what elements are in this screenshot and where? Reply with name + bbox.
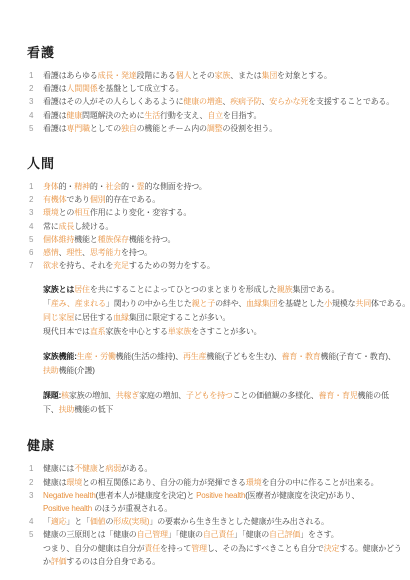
text-run: を持ち、それを <box>59 261 114 270</box>
highlighted-term: 精神 <box>74 182 90 191</box>
text-run: つまり、自分の健康は自分が <box>43 544 144 553</box>
item-text: 看護は人間関係を基盤として成立する。 <box>43 82 388 95</box>
text-run: 」関わりの中から生じた <box>106 299 192 308</box>
item-text: 個体維持機能と種族保存機能を持つ。 <box>43 233 388 246</box>
family-functions: 家族機能:生産・労働機能(生活の維持)、再生産機能(子どもを生む)、養育・教育機… <box>43 350 388 378</box>
text-line: 同じ家屋に居住する血縁集団に限定することが多い。 <box>43 311 388 325</box>
document-body: 看護1看護はあらゆる成長・発達段階にある個人とその家族、または集団を対象とする。… <box>0 0 410 568</box>
list-item: 5個体維持機能と種族保存機能を持つ。 <box>27 233 388 246</box>
human-list: 1身体的・精神的・社会的・霊的な側面を持つ。2有機体であり個別的存在である。3環… <box>27 180 388 272</box>
text-run: 看護はその人がその人らしくあるように <box>43 97 183 106</box>
highlighted-term: Negative health <box>43 491 96 500</box>
highlighted-term: 生産・労働 <box>77 352 116 361</box>
list-item: 3環境との相互作用により変化・変容する。 <box>27 206 388 219</box>
text-run: 機能と <box>74 235 97 244</box>
list-item: 1健康には不健康と病弱がある。 <box>27 462 388 475</box>
list-item: 4常に成長し続ける。 <box>27 220 388 233</box>
highlighted-term: 自己管理 <box>137 530 168 539</box>
text-run: を持って <box>160 544 191 553</box>
highlighted-term: 環境 <box>246 478 262 487</box>
text-run: に居住する <box>74 313 113 322</box>
bold-label: 家族とは <box>43 285 74 294</box>
item-number: 3 <box>27 206 43 219</box>
highlighted-term: 個体維持 <box>43 235 74 244</box>
highlighted-term: 専門職 <box>66 124 89 133</box>
item-number: 3 <box>27 489 43 502</box>
list-item: 7欲求を持ち、それを充足するための努力をする。 <box>27 259 388 272</box>
text-run: ことの価値観の多様化、 <box>233 391 319 400</box>
item-text: 「適応」と「価値の形成(実現)」の要素から生き生きとした健康が生み出される。 <box>43 515 388 528</box>
text-run: 段階にある <box>137 71 176 80</box>
text-run: 機能(生活の維持)、 <box>116 352 183 361</box>
text-run: 集団に限定することが多い。 <box>129 313 230 322</box>
text-run: 健康には <box>43 464 74 473</box>
item-number: 4 <box>27 220 43 233</box>
text-run: の絆や、 <box>215 299 246 308</box>
highlighted-term: 直系 <box>90 327 106 336</box>
text-run: 機能(子どもを生む)、 <box>206 352 281 361</box>
item-number: 1 <box>27 462 43 475</box>
text-run: としての <box>90 124 121 133</box>
item-number: 7 <box>27 259 43 272</box>
list-item: 2看護は人間関係を基盤として成立する。 <box>27 82 388 95</box>
highlighted-term: 扶助 <box>59 405 75 414</box>
text-line: 「産み、産まれる」関わりの中から生じた親と子の絆や、血縁集団を基礎とした小規模な… <box>43 297 388 311</box>
text-run: 」をさす。 <box>300 530 338 539</box>
highlighted-term: 核 <box>61 391 69 400</box>
highlighted-term: 人間関係 <box>66 84 97 93</box>
text-run: 常に <box>43 222 59 231</box>
highlighted-term: 充足 <box>113 261 129 270</box>
item-text: 欲求を持ち、それを充足するための努力をする。 <box>43 259 388 272</box>
highlighted-term: 管理 <box>191 544 207 553</box>
text-run: であり <box>66 195 89 204</box>
highlighted-term: 扶助 <box>43 366 59 375</box>
highlighted-term: 単家族 <box>168 327 191 336</box>
item-number: 5 <box>27 122 43 135</box>
text-run: 「 <box>43 517 51 526</box>
item-text: 有機体であり個別的存在である。 <box>43 193 388 206</box>
text-run: とその <box>191 71 214 80</box>
item-number: 2 <box>27 476 43 489</box>
text-line: 環境との相互作用により変化・変容する。 <box>43 206 388 219</box>
text-line: 欲求を持ち、それを充足するための努力をする。 <box>43 259 388 272</box>
highlighted-term: 環境 <box>66 478 82 487</box>
highlighted-term: Positive health <box>43 504 92 513</box>
item-number: 4 <box>27 109 43 122</box>
section-heading-health: 健康 <box>27 435 388 454</box>
item-text: 健康の三原則とは「健康の自己管理」「健康の自己責任」「健康の自己評価」をさす。つ… <box>43 528 402 568</box>
text-run: 看護は <box>43 111 66 120</box>
text-run: 」と「 <box>66 517 89 526</box>
text-run: 「 <box>43 299 51 308</box>
highlighted-term: 健康の増進 <box>183 97 222 106</box>
highlighted-term: 個別 <box>90 195 106 204</box>
text-run: の役割を担う。 <box>222 124 277 133</box>
highlighted-term: 産み、産まれる <box>51 299 106 308</box>
list-item: 4看護は健康問題解決のために生活行動を支え、自立を目指す。 <box>27 109 388 122</box>
item-number: 2 <box>27 193 43 206</box>
text-line: つまり、自分の健康は自分が責任を持って管理し、その為にすべきことも自分で決定する… <box>43 542 402 555</box>
text-line: 看護は人間関係を基盤として成立する。 <box>43 82 388 95</box>
text-run: (患者本人が健康度を決定)と <box>96 491 197 500</box>
health-list: 1健康には不健康と病弱がある。2健康は環境との相互関係にあり、自分の能力が発揮で… <box>27 462 388 568</box>
highlighted-term: 自立 <box>207 111 223 120</box>
item-text: 看護はあらゆる成長・発達段階にある個人とその家族、または集団を対象とする。 <box>43 69 388 82</box>
highlighted-term: 健康 <box>66 111 82 120</box>
text-line: 個体維持機能と種族保存機能を持つ。 <box>43 233 388 246</box>
highlighted-term: 欲求 <box>43 261 59 270</box>
text-run: し続ける。 <box>74 222 113 231</box>
text-line: 看護は健康問題解決のために生活行動を支え、自立を目指す。 <box>43 109 388 122</box>
highlighted-term: 個人 <box>176 71 192 80</box>
text-line: か評価するのは自分自身である。 <box>43 555 402 568</box>
bold-label: 課題: <box>43 391 61 400</box>
highlighted-term: 養育・育児 <box>319 391 358 400</box>
highlighted-term: 安らかな死 <box>269 97 308 106</box>
family-definition: 家族とは居住を共にすることによってひとつのまとまりを形成した親族集団である。「産… <box>43 283 388 339</box>
highlighted-term: 価値 <box>90 517 106 526</box>
highlighted-term: 病弱 <box>105 464 121 473</box>
text-run: がある。 <box>121 464 152 473</box>
text-run: を対象とする。 <box>277 71 332 80</box>
highlighted-term: 共稼ぎ <box>116 391 139 400</box>
text-run: か <box>43 557 51 566</box>
item-text: 看護は健康問題解決のために生活行動を支え、自立を目指す。 <box>43 109 388 122</box>
text-run: 機能の低 <box>358 391 389 400</box>
highlighted-term: 有機体 <box>43 195 66 204</box>
text-line: 看護はその人がその人らしくあるように健康の増進、疾病予防、安らかな死を支援するこ… <box>43 95 394 108</box>
list-item: 5看護は専門職としての独自の機能とチーム内の調整の役割を担う。 <box>27 122 388 135</box>
highlighted-term: 同じ家屋 <box>43 313 74 322</box>
highlighted-term: 居住 <box>74 285 90 294</box>
text-run: 家族を中心とする <box>105 327 167 336</box>
item-text: 看護は専門職としての独自の機能とチーム内の調整の役割を担う。 <box>43 122 388 135</box>
text-run: 看護は <box>43 84 66 93</box>
text-run: し、その為にすべきことも自分で <box>207 544 324 553</box>
text-line: 「適応」と「価値の形成(実現)」の要素から生き生きとした健康が生み出される。 <box>43 515 388 528</box>
highlighted-term: 独自 <box>121 124 137 133</box>
highlighted-term: 成長・発達 <box>98 71 137 80</box>
list-item: 2有機体であり個別的存在である。 <box>27 193 388 206</box>
list-item: 5健康の三原則とは「健康の自己管理」「健康の自己責任」「健康の自己評価」をさす。… <box>27 528 388 568</box>
item-number: 5 <box>27 233 43 246</box>
text-run: を基盤として成立する。 <box>98 84 184 93</box>
list-item: 1身体的・精神的・社会的・霊的な側面を持つ。 <box>27 180 388 193</box>
item-number: 5 <box>27 528 43 541</box>
item-number: 1 <box>27 69 43 82</box>
highlighted-term: 子どもを持つ <box>186 391 233 400</box>
text-run: 行動を支え、 <box>160 111 207 120</box>
text-run: 下、 <box>43 405 59 414</box>
list-item: 2健康は環境との相互関係にあり、自分の能力が発揮できる環境を自分の中に作ることが… <box>27 476 388 489</box>
list-item: 1看護はあらゆる成長・発達段階にある個人とその家族、または集団を対象とする。 <box>27 69 388 82</box>
item-number: 3 <box>27 95 43 108</box>
highlighted-term: 家族 <box>215 71 231 80</box>
family-issues: 課題:核家族の増加、共稼ぎ家庭の増加、子どもを持つことの価値観の多様化、養育・育… <box>43 389 388 417</box>
list-item: 6感情、理性、思考能力を持つ。 <box>27 246 388 259</box>
item-text: 身体的・精神的・社会的・霊的な側面を持つ。 <box>43 180 388 193</box>
highlighted-term: 養育・教育 <box>282 352 321 361</box>
highlighted-term: 成長 <box>59 222 75 231</box>
highlighted-term: 自己評価 <box>269 530 300 539</box>
highlighted-term: 評価 <box>51 557 67 566</box>
item-text: Negative health(患者本人が健康度を決定)と Positive h… <box>43 489 388 515</box>
text-run: を目指す。 <box>223 111 261 120</box>
text-line: 健康は環境との相互関係にあり、自分の能力が発揮できる環境を自分の中に作ることが出… <box>43 476 388 489</box>
highlighted-term: 形成(実現) <box>113 517 149 526</box>
highlighted-term: 親と子 <box>192 299 215 308</box>
text-line: 感情、理性、思考能力を持つ。 <box>43 246 388 259</box>
text-run: 健康は <box>43 478 66 487</box>
text-run: の機能とチーム内の <box>137 124 207 133</box>
item-number: 1 <box>27 180 43 193</box>
text-run: のほうが重視される。 <box>92 504 172 513</box>
text-run: を共にすることによってひとつのまとまりを形成した <box>90 285 277 294</box>
text-line: 家族とは居住を共にすることによってひとつのまとまりを形成した親族集団である。 <box>43 283 388 297</box>
text-line: 健康には不健康と病弱がある。 <box>43 462 388 475</box>
highlighted-term: 生活 <box>144 111 160 120</box>
text-run: 的存在である。 <box>105 195 160 204</box>
highlighted-term: 適応 <box>51 517 67 526</box>
highlighted-term: 疾病予防 <box>230 97 261 106</box>
text-line: 健康の三原則とは「健康の自己管理」「健康の自己責任」「健康の自己評価」をさす。 <box>43 528 402 541</box>
text-line: Negative health(患者本人が健康度を決定)と Positive h… <box>43 489 388 502</box>
text-line: 身体的・精神的・社会的・霊的な側面を持つ。 <box>43 180 388 193</box>
text-run: 体である。 <box>371 299 410 308</box>
text-run: 機能(介護) <box>59 366 95 375</box>
text-line: 扶助機能(介護) <box>43 364 388 378</box>
text-run: するのは自分自身である。 <box>66 557 160 566</box>
highlighted-term: 相互 <box>74 208 90 217</box>
highlighted-term: 思考能力 <box>90 248 121 257</box>
text-run: するための努力をする。 <box>129 261 215 270</box>
text-line: Positive health のほうが重視される。 <box>43 502 388 515</box>
nursing-list: 1看護はあらゆる成長・発達段階にある個人とその家族、または集団を対象とする。2看… <box>27 69 388 135</box>
text-run: 」「健康の <box>168 530 203 539</box>
text-run: 問題解決のために <box>82 111 144 120</box>
highlighted-term: 感情 <box>43 248 59 257</box>
highlighted-term: 理性 <box>66 248 82 257</box>
item-number: 6 <box>27 246 43 259</box>
text-run: 的な側面を持つ。 <box>144 182 206 191</box>
text-run: 、または <box>230 71 261 80</box>
item-text: 健康には不健康と病弱がある。 <box>43 462 388 475</box>
text-run: を支援することである。 <box>308 97 394 106</box>
text-line: 常に成長し続ける。 <box>43 220 388 233</box>
highlighted-term: 決定 <box>324 544 340 553</box>
highlighted-term: 身体 <box>43 182 59 191</box>
text-line: 下、扶助機能の低下 <box>43 403 388 417</box>
highlighted-term: 環境 <box>43 208 59 217</box>
highlighted-term: 不健康 <box>74 464 97 473</box>
text-line: 家族機能:生産・労働機能(生活の維持)、再生産機能(子どもを生む)、養育・教育機… <box>43 350 388 364</box>
text-run: 」の要素から生き生きとした健康が生み出される。 <box>149 517 328 526</box>
bold-label: 家族機能: <box>43 352 77 361</box>
highlighted-term: 集団 <box>261 71 277 80</box>
list-item: 3看護はその人がその人らしくあるように健康の増進、疾病予防、安らかな死を支援する… <box>27 95 388 108</box>
text-run: 機能の低下 <box>74 405 113 414</box>
highlighted-term: 血縁集団 <box>246 299 277 308</box>
text-run: 的・ <box>121 182 137 191</box>
highlighted-term: 社会 <box>105 182 121 191</box>
text-run: (医療者が健康度を決定)があり、 <box>245 491 359 500</box>
text-run: を持つ。 <box>121 248 152 257</box>
highlighted-term: 共同 <box>355 299 371 308</box>
text-run: 健康の三原則とは「健康の <box>43 530 137 539</box>
highlighted-term: 小 <box>324 299 332 308</box>
text-line: 課題:核家族の増加、共稼ぎ家庭の増加、子どもを持つことの価値観の多様化、養育・育… <box>43 389 388 403</box>
text-run: 家庭の増加、 <box>139 391 186 400</box>
text-run: する。健康かどう <box>339 544 401 553</box>
section-heading-human: 人間 <box>27 153 388 172</box>
text-line: 看護はあらゆる成長・発達段階にある個人とその家族、または集団を対象とする。 <box>43 69 388 82</box>
section-heading-nursing: 看護 <box>27 42 388 61</box>
text-run: 家族の増加、 <box>69 391 116 400</box>
highlighted-term: 自己責任 <box>203 530 234 539</box>
item-number: 4 <box>27 515 43 528</box>
highlighted-term: 再生産 <box>183 352 206 361</box>
text-run: との <box>59 208 75 217</box>
text-run: を基礎とした <box>277 299 324 308</box>
text-run: 現代日本では <box>43 327 90 336</box>
item-text: 環境との相互作用により変化・変容する。 <box>43 206 388 219</box>
text-run: 機能(子育て・教育)、 <box>321 352 396 361</box>
highlighted-term: 血縁 <box>113 313 129 322</box>
text-run: 規模な <box>332 299 355 308</box>
text-run: 看護はあらゆる <box>43 71 98 80</box>
highlighted-term: 責任 <box>144 544 160 553</box>
text-run: 集団である。 <box>292 285 339 294</box>
highlighted-term: 種族保存 <box>98 235 129 244</box>
text-run: との相互関係にあり、自分の能力が発揮できる <box>82 478 246 487</box>
highlighted-term: 親族 <box>277 285 293 294</box>
item-text: 常に成長し続ける。 <box>43 220 388 233</box>
item-text: 感情、理性、思考能力を持つ。 <box>43 246 388 259</box>
item-number: 2 <box>27 82 43 95</box>
text-run: 、 <box>82 248 90 257</box>
list-item: 3Negative health(患者本人が健康度を決定)と Positive … <box>27 489 388 515</box>
text-run: 機能を持つ。 <box>129 235 175 244</box>
text-run: 看護は <box>43 124 66 133</box>
text-line: 有機体であり個別的存在である。 <box>43 193 388 206</box>
text-run: を自分の中に作ることが出来る。 <box>261 478 378 487</box>
highlighted-term: 調整 <box>207 124 223 133</box>
highlighted-term: Positive health <box>196 491 245 500</box>
text-line: 現代日本では直系家族を中心とする単家族をさすことが多い。 <box>43 325 388 339</box>
text-run: 」「健康の <box>234 530 269 539</box>
text-run: をさすことが多い。 <box>191 327 261 336</box>
text-run: 的・ <box>90 182 106 191</box>
item-text: 健康は環境との相互関係にあり、自分の能力が発揮できる環境を自分の中に作ることが出… <box>43 476 388 489</box>
item-text: 看護はその人がその人らしくあるように健康の増進、疾病予防、安らかな死を支援するこ… <box>43 95 394 108</box>
list-item: 4「適応」と「価値の形成(実現)」の要素から生き生きとした健康が生み出される。 <box>27 515 388 528</box>
text-run: 的・ <box>59 182 75 191</box>
text-run: 作用により変化・変容する。 <box>90 208 191 217</box>
text-line: 看護は専門職としての独自の機能とチーム内の調整の役割を担う。 <box>43 122 388 135</box>
